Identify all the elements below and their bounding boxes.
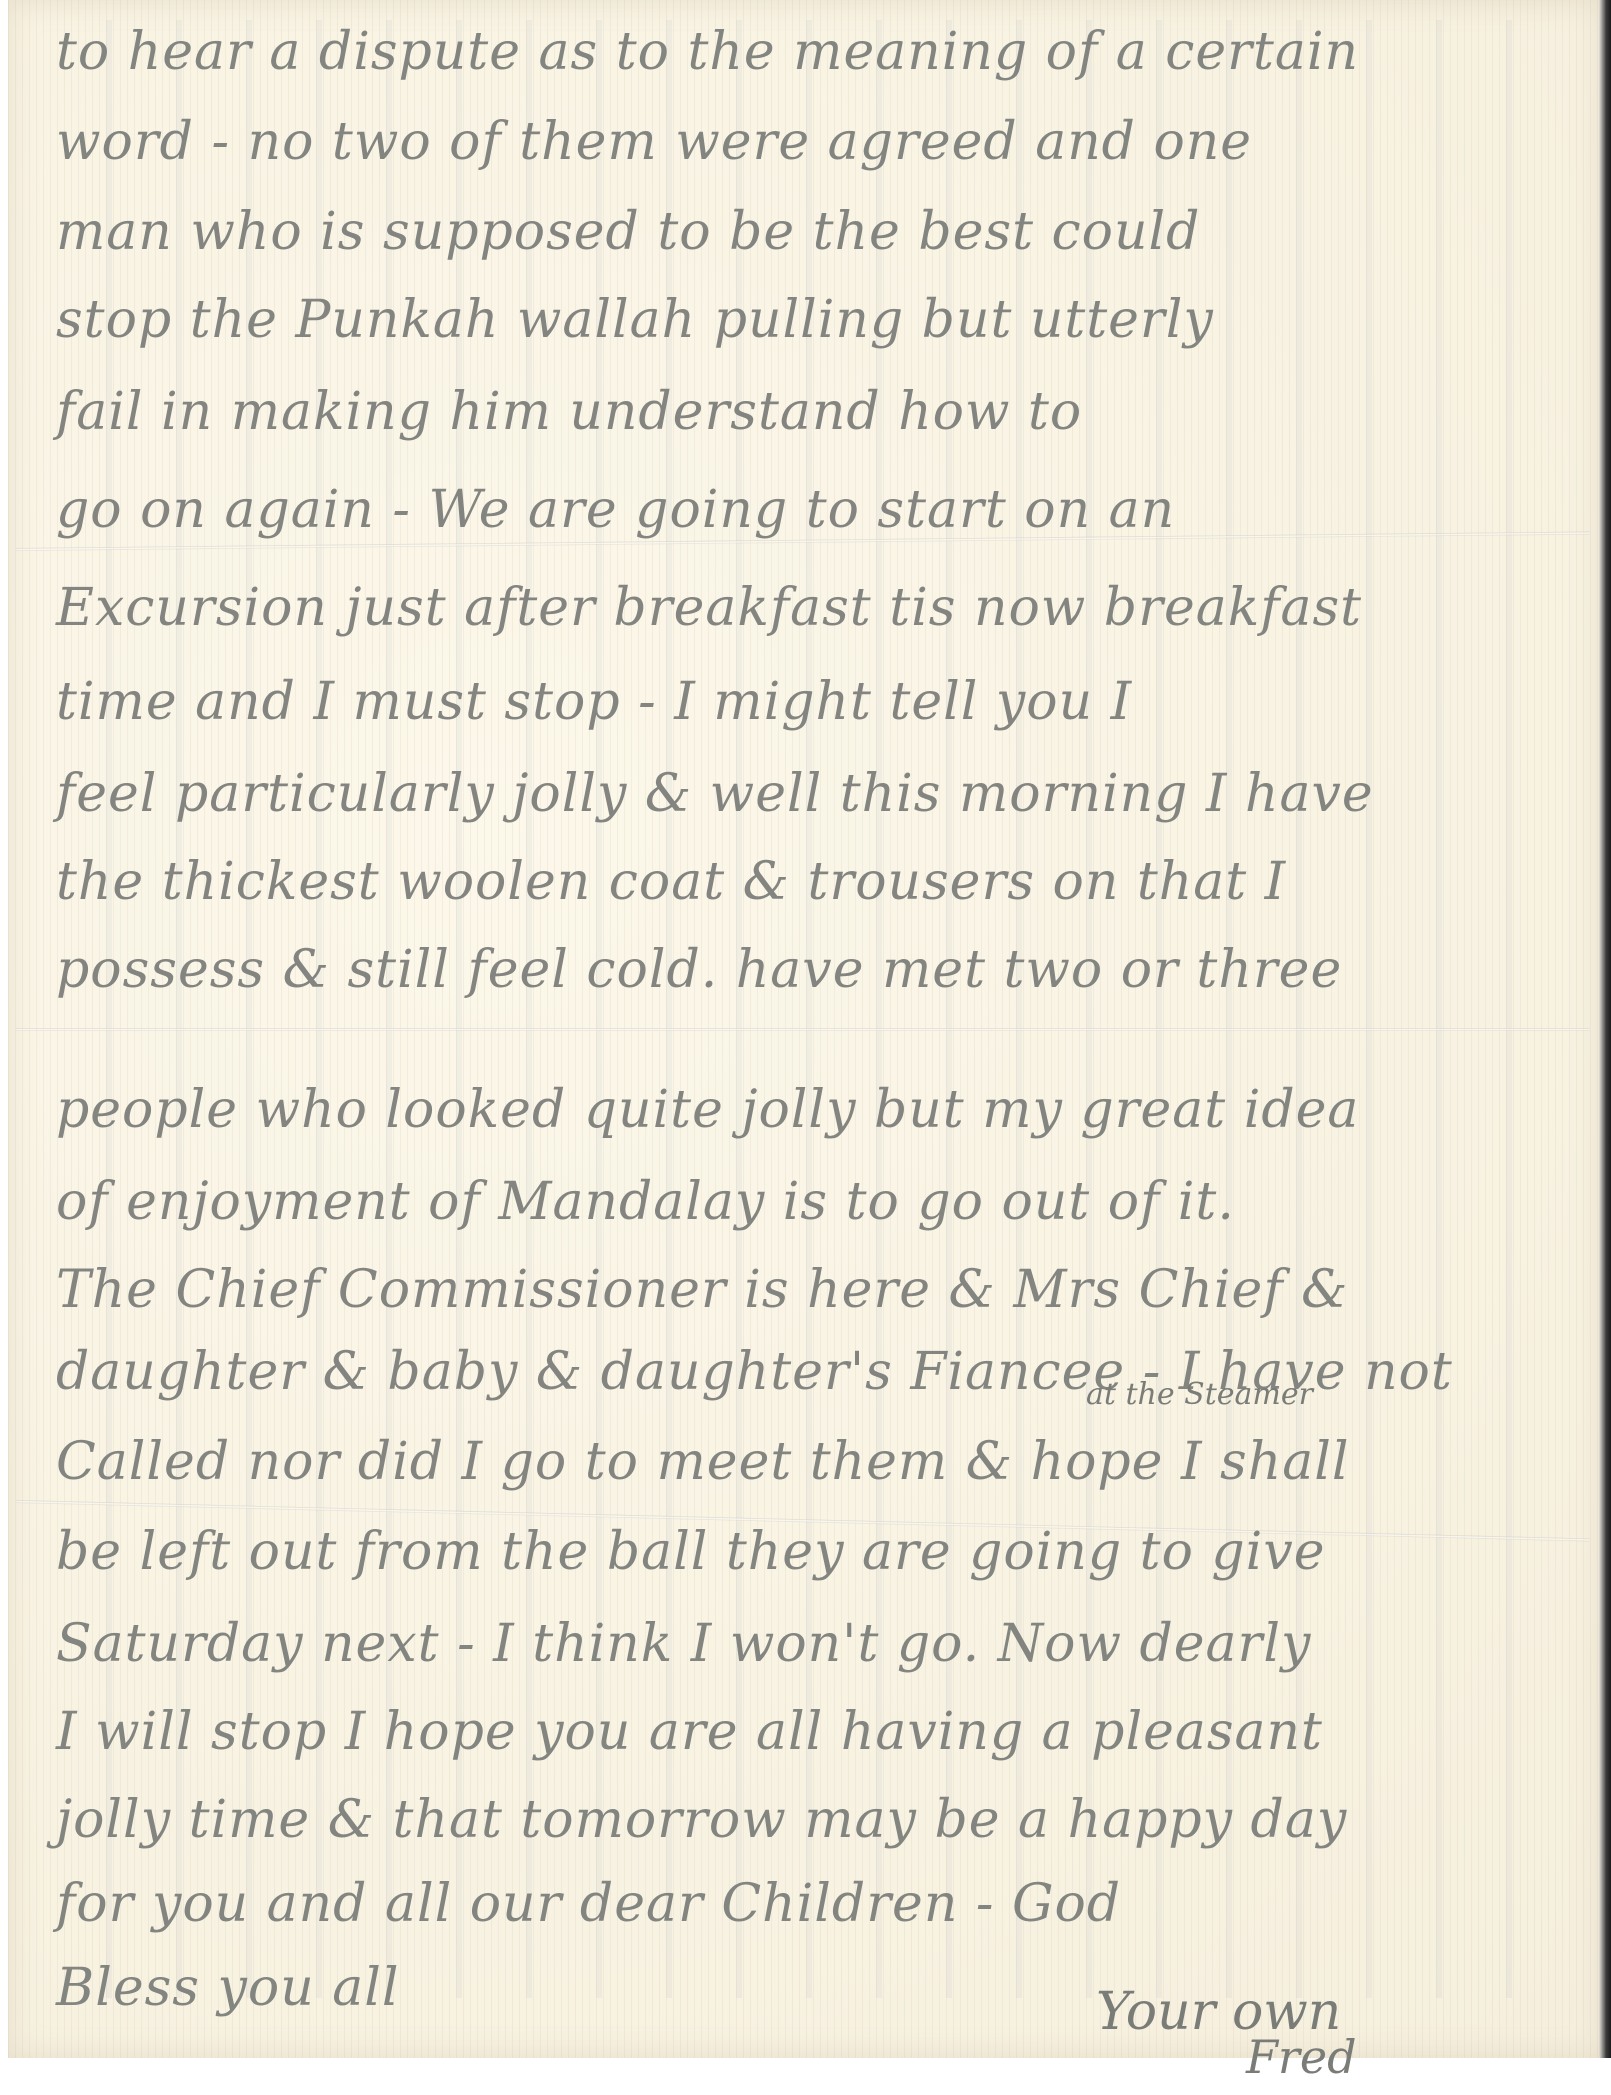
letter-line: Called nor did I go to meet them & hope …	[56, 1432, 1349, 1492]
signature: Fred	[1246, 2030, 1357, 2084]
letter-line: jolly time & that tomorrow may be a happ…	[56, 1790, 1347, 1850]
letter-page: to hear a dispute as to the meaning of a…	[8, 0, 1602, 2058]
letter-line: word - no two of them were agreed and on…	[56, 112, 1252, 172]
letter-line: Bless you all	[56, 1958, 399, 2018]
letter-line: stop the Punkah wallah pulling but utter…	[56, 290, 1214, 350]
letter-line: go on again - We are going to start on a…	[56, 480, 1175, 540]
letter-line: Excursion just after breakfast tis now b…	[56, 578, 1362, 638]
letter-line: of enjoyment of Mandalay is to go out of…	[56, 1172, 1235, 1232]
letter-line: to hear a dispute as to the meaning of a…	[56, 22, 1359, 82]
letter-line: for you and all our dear Children - God	[56, 1874, 1121, 1934]
inserted-text: at the Steamer	[1086, 1377, 1313, 1412]
letter-line: The Chief Commissioner is here & Mrs Chi…	[56, 1260, 1348, 1320]
letter-line: people who looked quite jolly but my gre…	[56, 1080, 1359, 1140]
letter-line: man who is supposed to be the best could	[56, 202, 1200, 262]
scan-edge-shadow	[1599, 0, 1611, 2058]
letter-line: be left out from the ball they are going…	[56, 1522, 1325, 1582]
letter-line: fail in making him understand how to	[56, 382, 1082, 442]
letter-line: feel particularly jolly & well this morn…	[56, 764, 1374, 824]
letter-line: time and I must stop - I might tell you …	[56, 672, 1132, 732]
letter-line: the thickest woolen coat & trousers on t…	[56, 852, 1286, 912]
paper-fold-crease	[16, 1028, 1590, 1031]
letter-line: Saturday next - I think I won't go. Now …	[56, 1614, 1311, 1674]
letter-line: possess & still feel cold. have met two …	[56, 940, 1342, 1000]
letter-line: I will stop I hope you are all having a …	[56, 1702, 1323, 1762]
